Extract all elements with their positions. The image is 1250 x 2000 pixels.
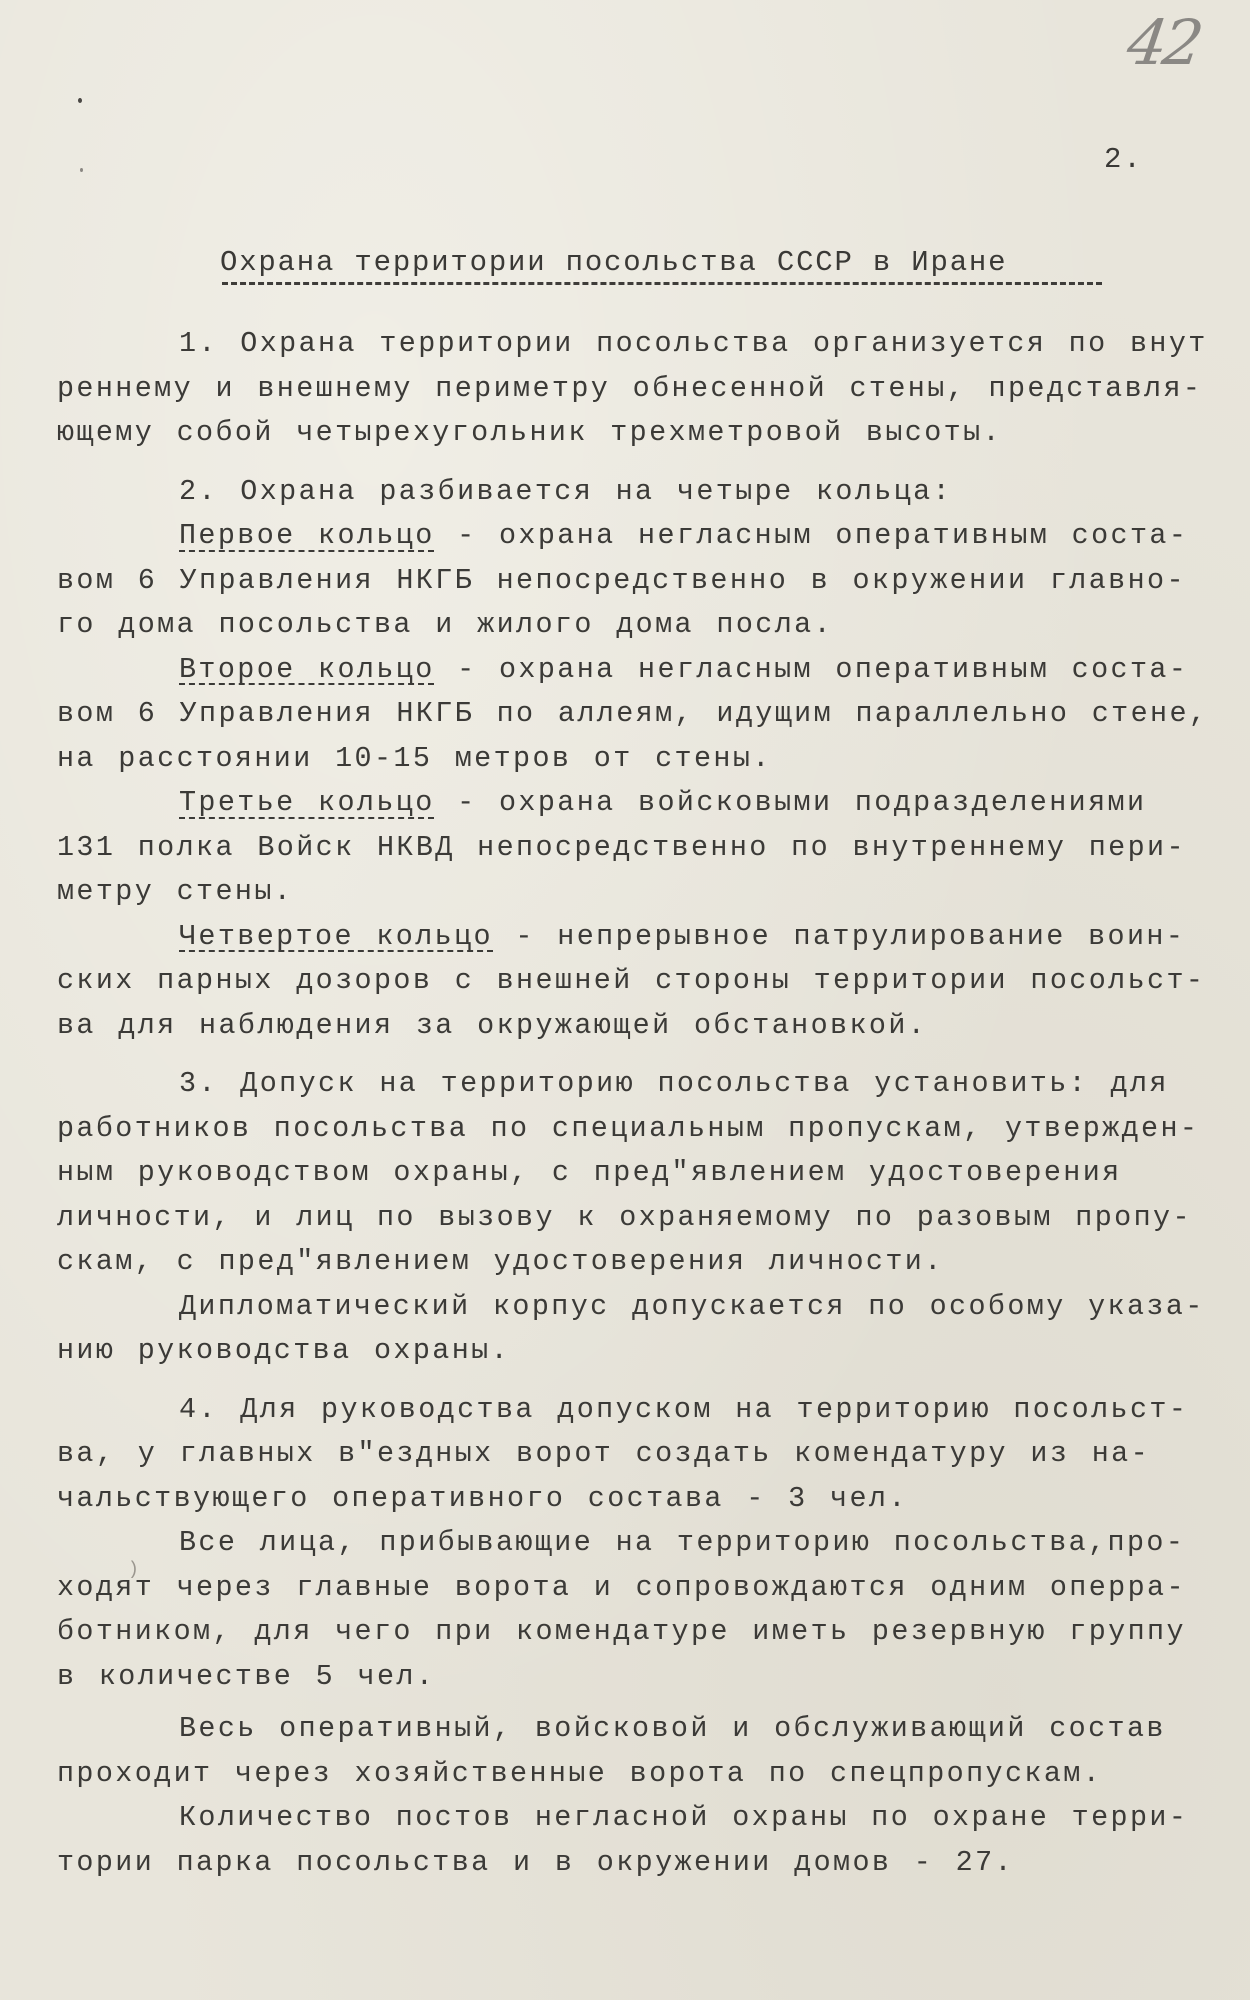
text-line: Второе кольцо - охрана негласным операти… <box>57 648 1237 693</box>
text-line: скам, с пред"явлением удостоверения личн… <box>57 1240 1237 1285</box>
title-underline <box>222 282 1102 285</box>
ring-heading: Четвертое кольцо <box>179 920 493 953</box>
ring-heading: Второе кольцо <box>179 653 435 686</box>
line-text: на расстоянии 10-15 метров от стены. <box>57 742 772 775</box>
text-line: ющему собой четырехугольник трехметровой… <box>57 411 1237 456</box>
line-text: Весь оперативный, войсковой и обслуживаю… <box>179 1712 1166 1745</box>
line-text: личности, и лиц по вызову к охраняемому … <box>57 1201 1192 1234</box>
ring-heading: Первое кольцо <box>179 519 435 552</box>
text-line: реннему и внешнему периметру обнесенной … <box>57 367 1237 412</box>
ring-heading: Третье кольцо <box>179 786 435 819</box>
text-line: ным руководством охраны, с пред"явлением… <box>57 1151 1237 1196</box>
line-text: вом 6 Управления НКГБ по аллеям, идущим … <box>57 697 1208 730</box>
line-text: 3. Допуск на территорию посольства устан… <box>179 1067 1169 1100</box>
text-line: работников посольства по специальным про… <box>57 1107 1237 1152</box>
line-text: метру стены. <box>57 875 293 908</box>
line-text: реннему и внешнему периметру обнесенной … <box>57 372 1202 405</box>
line-text: 131 полка Войск НКВД непосредственно по … <box>57 831 1186 864</box>
text-line: Дипломатический корпус допускается по ос… <box>57 1285 1237 1330</box>
text-line: вом 6 Управления НКГБ непосредственно в … <box>57 559 1237 604</box>
line-text: нию руководства охраны. <box>57 1334 510 1367</box>
line-text: - охрана негласным оперативным соста- <box>435 653 1189 686</box>
text-line: Первое кольцо - охрана негласным операти… <box>57 514 1237 559</box>
line-text: тории парка посольства и в окружении дом… <box>57 1846 1014 1879</box>
text-line: 1. Охрана территории посольства организу… <box>57 322 1237 367</box>
text-line: ва, у главных в"ездных ворот создать ком… <box>57 1432 1237 1477</box>
text-line: Четвертое кольцо - непрерывное патрулиро… <box>57 915 1237 960</box>
paragraph-ring1: Первое кольцо - охрана негласным операти… <box>57 514 1237 648</box>
line-text: ботником, для чего при комендатуре иметь… <box>57 1615 1186 1648</box>
line-text: - охрана войсковыми подразделениями <box>435 786 1147 819</box>
document-body: 1. Охрана территории посольства организу… <box>57 322 1237 1885</box>
paper-speck <box>78 98 82 103</box>
line-text: чальствующего оперативного состава - 3 ч… <box>57 1482 908 1515</box>
text-line: го дома посольства и жилого дома посла. <box>57 603 1237 648</box>
text-line: вом 6 Управления НКГБ по аллеям, идущим … <box>57 692 1237 737</box>
paragraph-p4c: Весь оперативный, войсковой и обслуживаю… <box>57 1707 1237 1796</box>
line-text: ва для наблюдения за окружающей обстанов… <box>57 1009 927 1042</box>
line-text: ходят через главные ворота и сопровождаю… <box>57 1571 1186 1604</box>
text-line: тории парка посольства и в окружении дом… <box>57 1841 1237 1886</box>
text-line: Количество постов негласной охраны по ох… <box>57 1796 1237 1841</box>
line-text: Количество постов негласной охраны по ох… <box>179 1801 1188 1834</box>
paragraph-p3b: Дипломатический корпус допускается по ос… <box>57 1285 1237 1374</box>
document-page: 42 2. Охрана территории посольства СССР … <box>0 0 1250 2000</box>
text-line: Весь оперативный, войсковой и обслуживаю… <box>57 1707 1237 1752</box>
text-line: метру стены. <box>57 870 1237 915</box>
paragraph-p1: 1. Охрана территории посольства организу… <box>57 322 1237 456</box>
paragraph-p3: 3. Допуск на территорию посольства устан… <box>57 1062 1237 1285</box>
text-line: нию руководства охраны. <box>57 1329 1237 1374</box>
text-line: ботником, для чего при комендатуре иметь… <box>57 1610 1237 1655</box>
archive-sheet-number: 42 <box>1123 6 1204 79</box>
line-text: 1. Охрана территории посольства организу… <box>179 327 1208 360</box>
line-text: 4. Для руководства допуском на территори… <box>179 1393 1188 1426</box>
paragraph-p4b: Все лица, прибывающие на территорию посо… <box>57 1521 1237 1699</box>
text-line: 2. Охрана разбивается на четыре кольца: <box>57 470 1237 515</box>
paragraph-ring3: Третье кольцо - охрана войсковыми подраз… <box>57 781 1237 915</box>
text-line: ходят через главные ворота и сопровождаю… <box>57 1566 1237 1611</box>
text-line: Третье кольцо - охрана войсковыми подраз… <box>57 781 1237 826</box>
paragraph-p4: 4. Для руководства допуском на территори… <box>57 1388 1237 1522</box>
text-line: Все лица, прибывающие на территорию посо… <box>57 1521 1237 1566</box>
paragraph-p4d: Количество постов негласной охраны по ох… <box>57 1796 1237 1885</box>
line-text: ских парных дозоров с внешней стороны те… <box>57 964 1205 997</box>
page-number: 2. <box>1104 143 1143 176</box>
line-text: скам, с пред"явлением удостоверения личн… <box>57 1245 944 1278</box>
text-line: 131 полка Войск НКВД непосредственно по … <box>57 826 1237 871</box>
paragraph-ring4: Четвертое кольцо - непрерывное патрулиро… <box>57 915 1237 1049</box>
text-line: в количестве 5 чел. <box>57 1655 1237 1700</box>
line-text: ющему собой четырехугольник трехметровой… <box>57 416 1002 449</box>
text-line: ва для наблюдения за окружающей обстанов… <box>57 1004 1237 1049</box>
line-text: - охрана негласным оперативным соста- <box>435 519 1189 552</box>
line-text: го дома посольства и жилого дома посла. <box>57 608 833 641</box>
paragraph-ring2: Второе кольцо - охрана негласным операти… <box>57 648 1237 782</box>
line-text: Дипломатический корпус допускается по ос… <box>179 1290 1205 1323</box>
document-title: Охрана территории посольства СССР в Иран… <box>220 246 1100 279</box>
line-text: - непрерывное патрулирование воин- <box>493 920 1185 953</box>
text-line: 3. Допуск на территорию посольства устан… <box>57 1062 1237 1107</box>
text-line: чальствующего оперативного состава - 3 ч… <box>57 1477 1237 1522</box>
paragraph-p2: 2. Охрана разбивается на четыре кольца: <box>57 470 1237 515</box>
line-text: проходит через хозяйственные ворота по с… <box>57 1757 1102 1790</box>
text-line: ских парных дозоров с внешней стороны те… <box>57 959 1237 1004</box>
line-text: ва, у главных в"ездных ворот создать ком… <box>57 1437 1150 1470</box>
text-line: на расстоянии 10-15 метров от стены. <box>57 737 1237 782</box>
paper-speck <box>80 168 83 172</box>
line-text: работников посольства по специальным про… <box>57 1112 1199 1145</box>
line-text: ным руководством охраны, с пред"явлением… <box>57 1156 1122 1189</box>
text-line: 4. Для руководства допуском на территори… <box>57 1388 1237 1433</box>
text-line: личности, и лиц по вызову к охраняемому … <box>57 1196 1237 1241</box>
text-line: проходит через хозяйственные ворота по с… <box>57 1752 1237 1797</box>
line-text: 2. Охрана разбивается на четыре кольца: <box>179 475 952 508</box>
line-text: Все лица, прибывающие на территорию посо… <box>179 1526 1185 1559</box>
line-text: в количестве 5 чел. <box>57 1660 435 1693</box>
line-text: вом 6 Управления НКГБ непосредственно в … <box>57 564 1186 597</box>
